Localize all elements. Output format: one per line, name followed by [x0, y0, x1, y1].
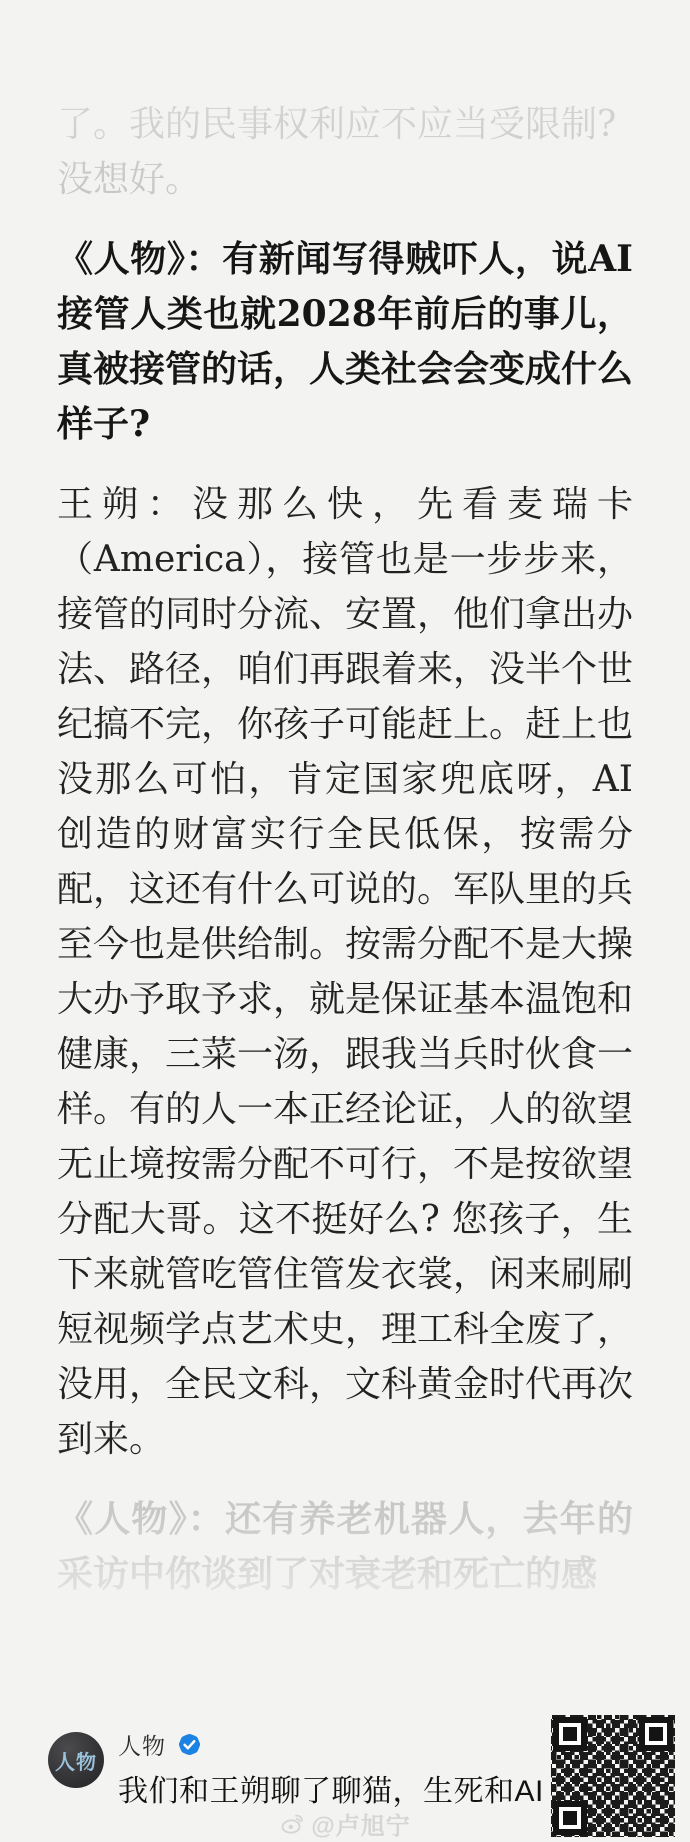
caption: 我们和王朔聊了聊猫，生死和AI: [118, 1766, 544, 1810]
paragraph-question-faded: 《人物》：还有养老机器人，去年的采访中你谈到了对衰老和死亡的感: [57, 1492, 633, 1602]
partial-line: 没想好。: [57, 152, 633, 207]
watermark: @卢旭宁: [279, 1806, 410, 1841]
account-name: 人物: [118, 1728, 166, 1761]
avatar-text: 人物: [55, 1746, 97, 1775]
article-screenshot: 了。我的民事权利应不应当受限制? 没想好。 《人物》：有新闻写得贼吓人，说AI接…: [0, 0, 690, 1842]
footer-bar: 人物 人物 我们和王朔聊了聊猫，生死和AI: [0, 1700, 690, 1842]
verified-badge-icon: [176, 1731, 203, 1758]
speaker-label: 王朔：: [57, 484, 192, 525]
account-row: 人物: [118, 1728, 203, 1761]
qr-finder-icon: [553, 1717, 587, 1751]
speaker-label: 《人物》：: [57, 1498, 225, 1540]
partial-line: 了。我的民事权利应不应当受限制?: [57, 97, 633, 152]
answer-text: 没那么快，先看麦瑞卡（America），接管也是一步步来，接管的同时分流、安置，…: [57, 484, 633, 1460]
speaker-label: 《人物》：: [57, 238, 222, 280]
qr-finder-icon: [553, 1801, 587, 1835]
avatar: 人物: [48, 1732, 104, 1788]
paragraph-answer: 王朔：没那么快，先看麦瑞卡（America），接管也是一步步来，接管的同时分流、…: [57, 477, 633, 1467]
qr-finder-icon: [639, 1717, 673, 1751]
article-text: 了。我的民事权利应不应当受限制? 没想好。 《人物》：有新闻写得贼吓人，说AI接…: [57, 97, 633, 1627]
paragraph-partial-top: 了。我的民事权利应不应当受限制? 没想好。: [57, 97, 633, 207]
paragraph-question: 《人物》：有新闻写得贼吓人，说AI接管人类也就2028年前后的事儿，真被接管的话…: [57, 232, 633, 452]
watermark-text: @卢旭宁: [311, 1806, 410, 1841]
qr-code: [548, 1712, 678, 1840]
weibo-logo-icon: [279, 1811, 305, 1837]
